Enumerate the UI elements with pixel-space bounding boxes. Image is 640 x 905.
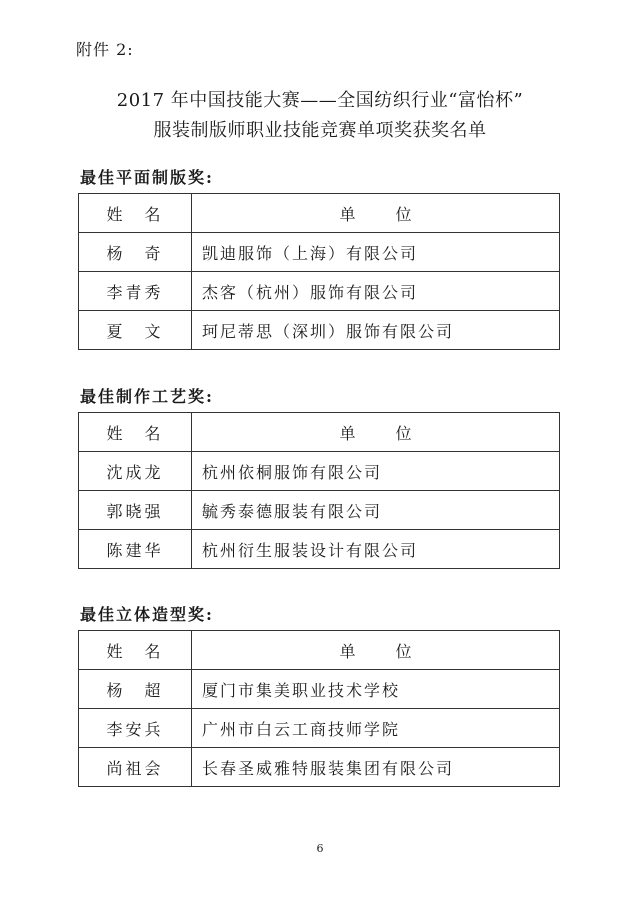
award-table-best-draping: 姓 名 单位 杨 超 厦门市集美职业技术学校 李安兵 广州市白云工商技师学院 尚… [78,630,560,787]
winner-unit: 长春圣威雅特服装集团有限公司 [192,748,560,787]
page-number: 6 [0,842,640,855]
header-name: 姓 名 [79,413,192,452]
table-row: 陈建华 杭州衍生服装设计有限公司 [79,530,560,569]
table-row: 杨 奇 凯迪服饰（上海）有限公司 [79,233,560,272]
winner-name: 杨 超 [79,670,192,709]
header-name: 姓 名 [79,194,192,233]
winner-unit: 杭州依桐服饰有限公司 [192,452,560,491]
document-title-line2: 服装制版师职业技能竞赛单项奖获奖名单 [0,116,640,142]
table-row: 李青秀 杰客（杭州）服饰有限公司 [79,272,560,311]
award-table-best-craft: 姓 名 单位 沈成龙 杭州依桐服饰有限公司 郭晓强 毓秀泰德服装有限公司 陈建华… [78,412,560,569]
winner-unit: 厦门市集美职业技术学校 [192,670,560,709]
winner-name: 夏 文 [79,311,192,350]
winner-unit: 毓秀泰德服装有限公司 [192,491,560,530]
section-label-best-craft: 最佳制作工艺奖: [80,384,214,407]
table-header-row: 姓 名 单位 [79,194,560,233]
header-unit: 单位 [192,194,560,233]
winner-unit: 凯迪服饰（上海）有限公司 [192,233,560,272]
header-name: 姓 名 [79,631,192,670]
section-label-best-pattern: 最佳平面制版奖: [80,165,214,188]
table-header-row: 姓 名 单位 [79,631,560,670]
table-row: 尚祖会 长春圣威雅特服装集团有限公司 [79,748,560,787]
winner-unit: 杰客（杭州）服饰有限公司 [192,272,560,311]
award-table-best-pattern: 姓 名 单位 杨 奇 凯迪服饰（上海）有限公司 李青秀 杰客（杭州）服饰有限公司… [78,193,560,350]
header-unit: 单位 [192,631,560,670]
table-row: 沈成龙 杭州依桐服饰有限公司 [79,452,560,491]
winner-name: 郭晓强 [79,491,192,530]
winner-name: 李安兵 [79,709,192,748]
table-row: 杨 超 厦门市集美职业技术学校 [79,670,560,709]
table-row: 李安兵 广州市白云工商技师学院 [79,709,560,748]
winner-unit: 珂尼蒂思（深圳）服饰有限公司 [192,311,560,350]
table-row: 夏 文 珂尼蒂思（深圳）服饰有限公司 [79,311,560,350]
winner-unit: 广州市白云工商技师学院 [192,709,560,748]
attachment-label: 附件 2: [76,37,134,60]
winner-name: 沈成龙 [79,452,192,491]
winner-name: 陈建华 [79,530,192,569]
header-unit: 单位 [192,413,560,452]
winner-unit: 杭州衍生服装设计有限公司 [192,530,560,569]
winner-name: 李青秀 [79,272,192,311]
winner-name: 尚祖会 [79,748,192,787]
winner-name: 杨 奇 [79,233,192,272]
section-label-best-draping: 最佳立体造型奖: [80,602,214,625]
table-header-row: 姓 名 单位 [79,413,560,452]
document-title-line1: 2017 年中国技能大赛——全国纺织行业“富怡杯” [0,86,640,112]
table-row: 郭晓强 毓秀泰德服装有限公司 [79,491,560,530]
